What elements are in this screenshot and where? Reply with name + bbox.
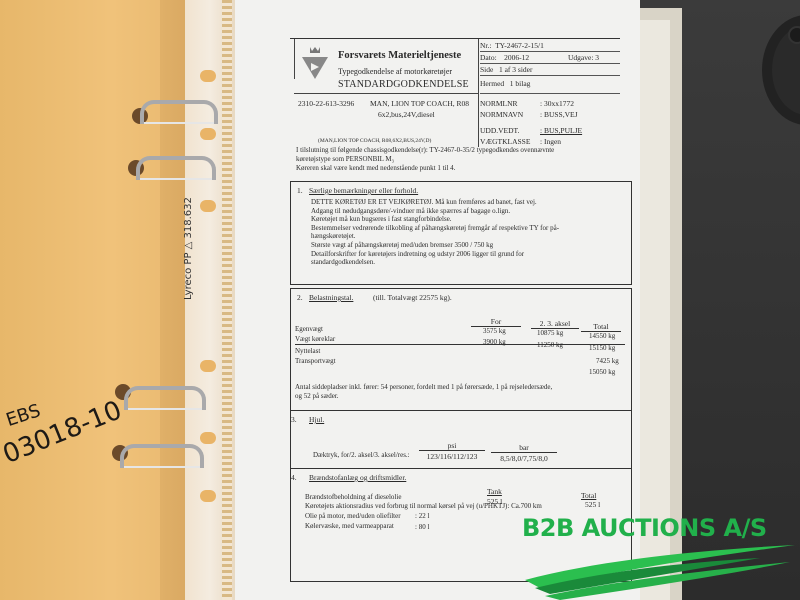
registration-number: 2310-22-613-3296 [298, 99, 354, 108]
document-subtitle: Typegodkendelse af motorkøretøjer [338, 67, 452, 76]
section-2-title: Belastningstal. [309, 293, 353, 302]
sleeve-perforation [222, 0, 232, 600]
section-1: 1. Særlige bemærkninger eller forhold. D… [290, 181, 632, 285]
document-header: Forsvarets Materieltjeneste Typegodkende… [290, 38, 620, 147]
section-4-title: Brændstofanlæg og driftsmidler. [309, 473, 406, 482]
sleeve-code: 318.632 [183, 197, 194, 238]
binder-ring-icon [124, 386, 206, 410]
section-3: 3. Hjul. Dæktryk, for/2. aksel/3. aksel/… [290, 410, 632, 469]
model-line1: MAN, LION TOP COACH, R08 [370, 99, 469, 108]
document-type: STANDARDGODKENDELSE [338, 80, 469, 89]
sleeve-label: Lyreco PP △ 318.632 [183, 197, 194, 300]
punch-hole [200, 70, 216, 82]
meta-nr: Nr.: TY-2467-2-15/1 [480, 41, 544, 50]
norm-normlnr: NORMLNR: 30xx1772 [480, 99, 574, 108]
b2b-auctions-watermark: B2B AUCTIONS A/S [522, 514, 767, 542]
norm-uddvedt: UDD.VEDT.: BUS,PULJE [480, 126, 582, 135]
binder-ring-icon [136, 156, 216, 180]
binder-ring-icon [140, 100, 218, 124]
intro-text: I tilslutning til følgende chassisgodken… [296, 146, 626, 173]
sleeve-brand: Lyreco [183, 268, 194, 300]
model-line2: 6x2,bus,24V,diesel [378, 110, 435, 119]
back-pages-inner [640, 20, 670, 600]
meta-dato: Dato: 2006-12 Udgave: 3 [480, 53, 620, 62]
section-1-title: Særlige bemærkninger eller forhold. [309, 186, 418, 195]
punch-hole [200, 490, 216, 502]
binder-cover [0, 0, 185, 600]
binder-ring-icon [120, 444, 204, 468]
organization-name: Forsvarets Materieltjeneste [338, 51, 461, 60]
seats-note: Antal siddepladser inkl. fører: 54 perso… [295, 383, 625, 401]
norm-normnavn: NORMNAVN: BUSS,VEJ [480, 110, 578, 119]
crown-shield-logo-icon [300, 45, 330, 81]
section-3-title: Hjul. [309, 415, 324, 424]
meta-side: Side 1 af 3 sider [480, 65, 533, 74]
punch-hole [200, 128, 216, 140]
norm-vaegtklasse: VÆGTKLASSE: Ingen [480, 137, 561, 146]
punch-hole [200, 360, 216, 372]
approval-document: Forsvarets Materieltjeneste Typegodkende… [290, 38, 630, 583]
punch-hole [200, 200, 216, 212]
meta-hermed: Hermed 1 bilag [480, 79, 530, 88]
punch-hole [200, 432, 216, 444]
sleeve-material: PP [183, 253, 194, 265]
swoosh-logo-icon [520, 540, 800, 600]
section-2: 2. Belastningstal. (till. Totalvægt 2257… [290, 288, 632, 419]
screw-icon [788, 26, 800, 44]
model-short: (MAN,LION TOP COACH, R08,6X2,BUS,24V,D) [318, 137, 431, 146]
